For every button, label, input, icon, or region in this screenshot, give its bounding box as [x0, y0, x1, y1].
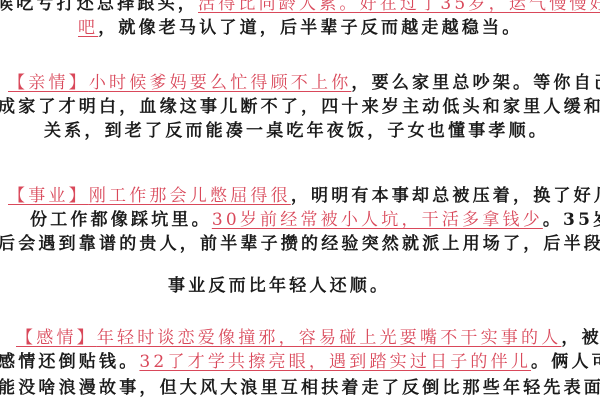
- love-line-2: 感情还倒贴钱。32了才学共擦亮眼，遇到踏实过日子的伴儿。俩人可: [0, 352, 600, 372]
- family-highlight: 小时候爹妈要么忙得顾不上你: [89, 73, 352, 93]
- intro-highlight: 活得比同龄人累。好在过了35岁，运气慢慢好: [198, 0, 600, 14]
- love-highlight-2: 32了才学共擦亮眼，遇到踏实过日子的伴儿: [139, 352, 531, 372]
- career-line-4: 事业反而比年轻人还顺。: [168, 276, 390, 296]
- love-highlight: 年轻时谈恋爱像撞邪，容易碰上光要嘴不干实事的人: [97, 328, 562, 348]
- career-tag: 【事业】: [8, 186, 89, 206]
- family-line-3: 关系，到老了反而能凑一桌吃年夜饭，子女也懂事孝顺。: [44, 121, 549, 141]
- love-line-1: 【感情】年轻时谈恋爱像撞邪，容易碰上光要嘴不干实事的人，被骗: [16, 328, 600, 348]
- family-line-1: 【亲情】小时候爹妈要么忙得顾不上你，要么家里总吵架。等你自己: [8, 73, 600, 93]
- love-tag: 【感情】: [16, 328, 97, 348]
- career-line-1: 【事业】刚工作那会儿憋屈得很，明明有本事却总被压着，换了好几: [8, 186, 600, 206]
- family-tag: 【亲情】: [8, 73, 89, 93]
- career-highlight: 刚工作那会儿憋屈得很: [89, 186, 291, 206]
- career-line-3: 后会遇到靠谱的贵人，前半辈子攒的经验突然就派上用场了，后半段: [0, 234, 600, 254]
- intro-line-1: 候吃亏打还总择跟头，活得比同龄人累。好在过了35岁，运气慢慢好: [0, 0, 600, 14]
- family-line-2: 成家了才明白，血缘这事儿断不了，四十来岁主动低头和家里人缓和: [0, 97, 600, 117]
- career-highlight-2: 30岁前经常被小人坑，干活多拿钱少: [212, 210, 543, 230]
- love-line-3: 能没啥浪漫故事，但大风大浪里互相扶着走了反倒比那些年轻先表面: [0, 378, 600, 398]
- intro-line-2: 吧，就像老马认了道，后半辈子反而越走越稳当。: [78, 18, 522, 38]
- career-line-2: 份工作都像踩坑里。30岁前经常被小人坑，干活多拿钱少。35岁前: [30, 210, 600, 230]
